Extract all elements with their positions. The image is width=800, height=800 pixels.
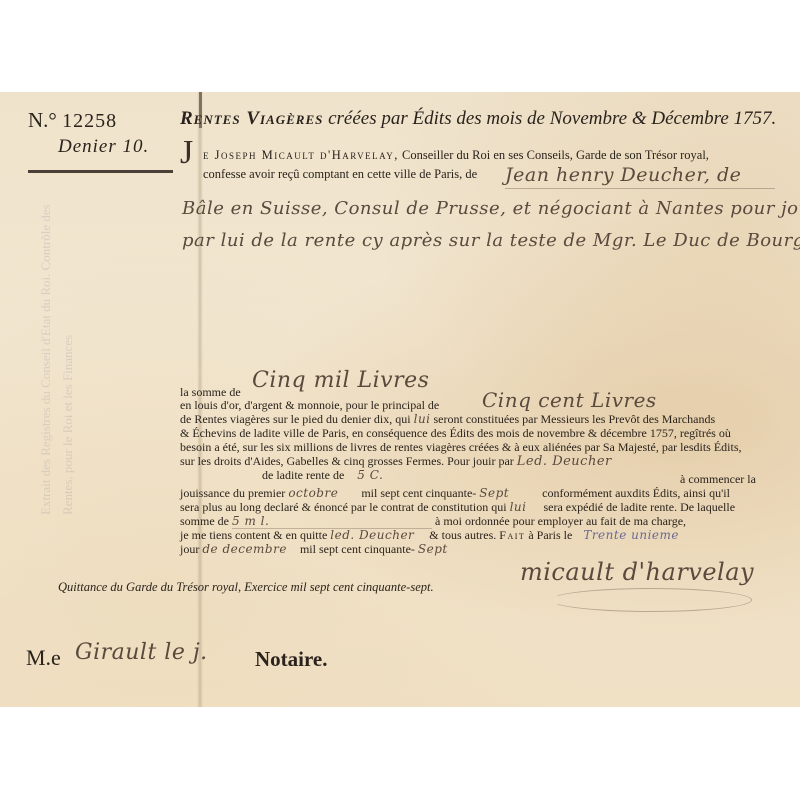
number-prefix: N.° bbox=[28, 108, 57, 132]
hand-year-2: Sept bbox=[418, 542, 448, 556]
handwritten-line-3: par lui de la rente cy après sur la test… bbox=[182, 230, 800, 251]
line9-b: sera expédié de ladite rente. De laquell… bbox=[543, 500, 735, 514]
handwritten-line-2: Bâle en Suisse, Consul de Prusse, et nég… bbox=[182, 198, 800, 219]
line12-a: jour bbox=[180, 542, 199, 556]
title-smallcaps: Rentes Viagères bbox=[180, 108, 323, 129]
number-value: 12258 bbox=[62, 110, 117, 132]
document-title: Rentes Viagères créées par Édits des moi… bbox=[180, 108, 776, 130]
sum-line-8: jouissance du premier octobre mil sept c… bbox=[180, 486, 730, 500]
hand-lui-2: lui bbox=[510, 500, 527, 514]
sum-line-6: sur les droits d'Aides, Gabelles & cinq … bbox=[180, 454, 612, 469]
hand-month: octobre bbox=[288, 486, 338, 500]
line9-a: sera plus au long declaré & énoncé par l… bbox=[180, 500, 507, 514]
handwritten-principal: Cinq cent Livres bbox=[482, 388, 657, 412]
sum-line-10: somme de 5 m l. à moi ordonnée pour empl… bbox=[180, 514, 686, 529]
line12-b: mil sept cent cinquante- bbox=[300, 542, 415, 556]
sum-line-2: en louis d'or, d'argent & monnoie, pour … bbox=[180, 398, 439, 412]
denier-label: Denier 10. bbox=[58, 136, 149, 158]
hand-somme: 5 m l. bbox=[232, 514, 432, 529]
sum-line-7: de ladite rente de 5 C. bbox=[262, 468, 383, 482]
sum-line-7-end: à commencer la bbox=[680, 472, 756, 486]
hand-rente: 5 C. bbox=[357, 468, 383, 482]
handwritten-name: Jean henry Deucher, de bbox=[505, 164, 741, 186]
notaire-prefix: M.e bbox=[26, 645, 61, 671]
sum-line-1: la somme de bbox=[180, 385, 241, 399]
line3-a: de Rentes viagères sur le pied du denier… bbox=[180, 412, 411, 426]
line8-b: mil sept cent cinquante- bbox=[361, 486, 476, 500]
sum-label: la somme de bbox=[180, 385, 241, 399]
sum-line-4: & Échevins de ladite ville de Paris, en … bbox=[180, 426, 731, 440]
name-underline bbox=[505, 188, 775, 189]
sum-line-12: jour de decembre mil sept cent cinquante… bbox=[180, 542, 448, 556]
opening-line-2: confesse avoir reçû comptant en cette vi… bbox=[203, 167, 477, 182]
receipt-number: N.° 12258 bbox=[28, 108, 117, 133]
hand-day: Trente unieme bbox=[583, 528, 679, 542]
hand-month-2: de decembre bbox=[202, 542, 287, 556]
hand-lui-1: lui bbox=[414, 412, 431, 426]
opening-line-1: e Joseph Micault d'Harvelay, Conseiller … bbox=[203, 148, 709, 163]
treasurer-signature: micault d'harvelay bbox=[520, 558, 754, 586]
quittance-line: Quittance du Garde du Trésor royal, Exer… bbox=[58, 580, 434, 595]
line11-b: & tous autres. bbox=[429, 528, 496, 542]
line8-c: conformément auxdits Édits, ainsi qu'il bbox=[542, 486, 730, 500]
sum-line-3: de Rentes viagères sur le pied du denier… bbox=[180, 412, 715, 426]
title-rest: créées par Édits des mois de Novembre & … bbox=[323, 108, 776, 129]
line11-c: à Paris le bbox=[528, 528, 572, 542]
line8-a: jouissance du premier bbox=[180, 486, 285, 500]
line11-a: je me tiens content & en quitte bbox=[180, 528, 327, 542]
notaire-label: Notaire. bbox=[255, 647, 328, 672]
bleed-through-text: Extrait des Registres du Conseil d'Etat … bbox=[35, 185, 175, 515]
sum-line-5: besoin a été, sur les six millions de li… bbox=[180, 440, 742, 454]
hand-year: Sept bbox=[479, 486, 509, 500]
sum-line-9: sera plus au long declaré & énoncé par l… bbox=[180, 500, 735, 514]
notaire-name: Girault le j. bbox=[75, 640, 208, 665]
header-rule bbox=[28, 170, 173, 173]
treasurer-name: e Joseph Micault d'Harvelay, bbox=[203, 148, 399, 162]
sum-line-11: je me tiens content & en quitte led. Deu… bbox=[180, 528, 679, 542]
line10-b: à moi ordonnée pour employer au fait de … bbox=[435, 514, 686, 528]
line3-b: seront constituées par Messieurs les Pre… bbox=[434, 412, 716, 426]
opening-line-1-rest: Conseiller du Roi en ses Conseils, Garde… bbox=[399, 148, 709, 162]
line7-print: de ladite rente de bbox=[262, 468, 344, 482]
signature-flourish bbox=[550, 588, 752, 612]
hand-ledit: Led. Deucher bbox=[517, 454, 612, 469]
hand-quitte: led. Deucher bbox=[330, 528, 426, 542]
drop-cap: J bbox=[180, 136, 193, 170]
fait-label: Fait bbox=[499, 528, 525, 542]
line10-a: somme de bbox=[180, 514, 229, 528]
line6-print: sur les droits d'Aides, Gabelles & cinq … bbox=[180, 454, 514, 468]
handwritten-amount: Cinq mil Livres bbox=[252, 368, 429, 393]
